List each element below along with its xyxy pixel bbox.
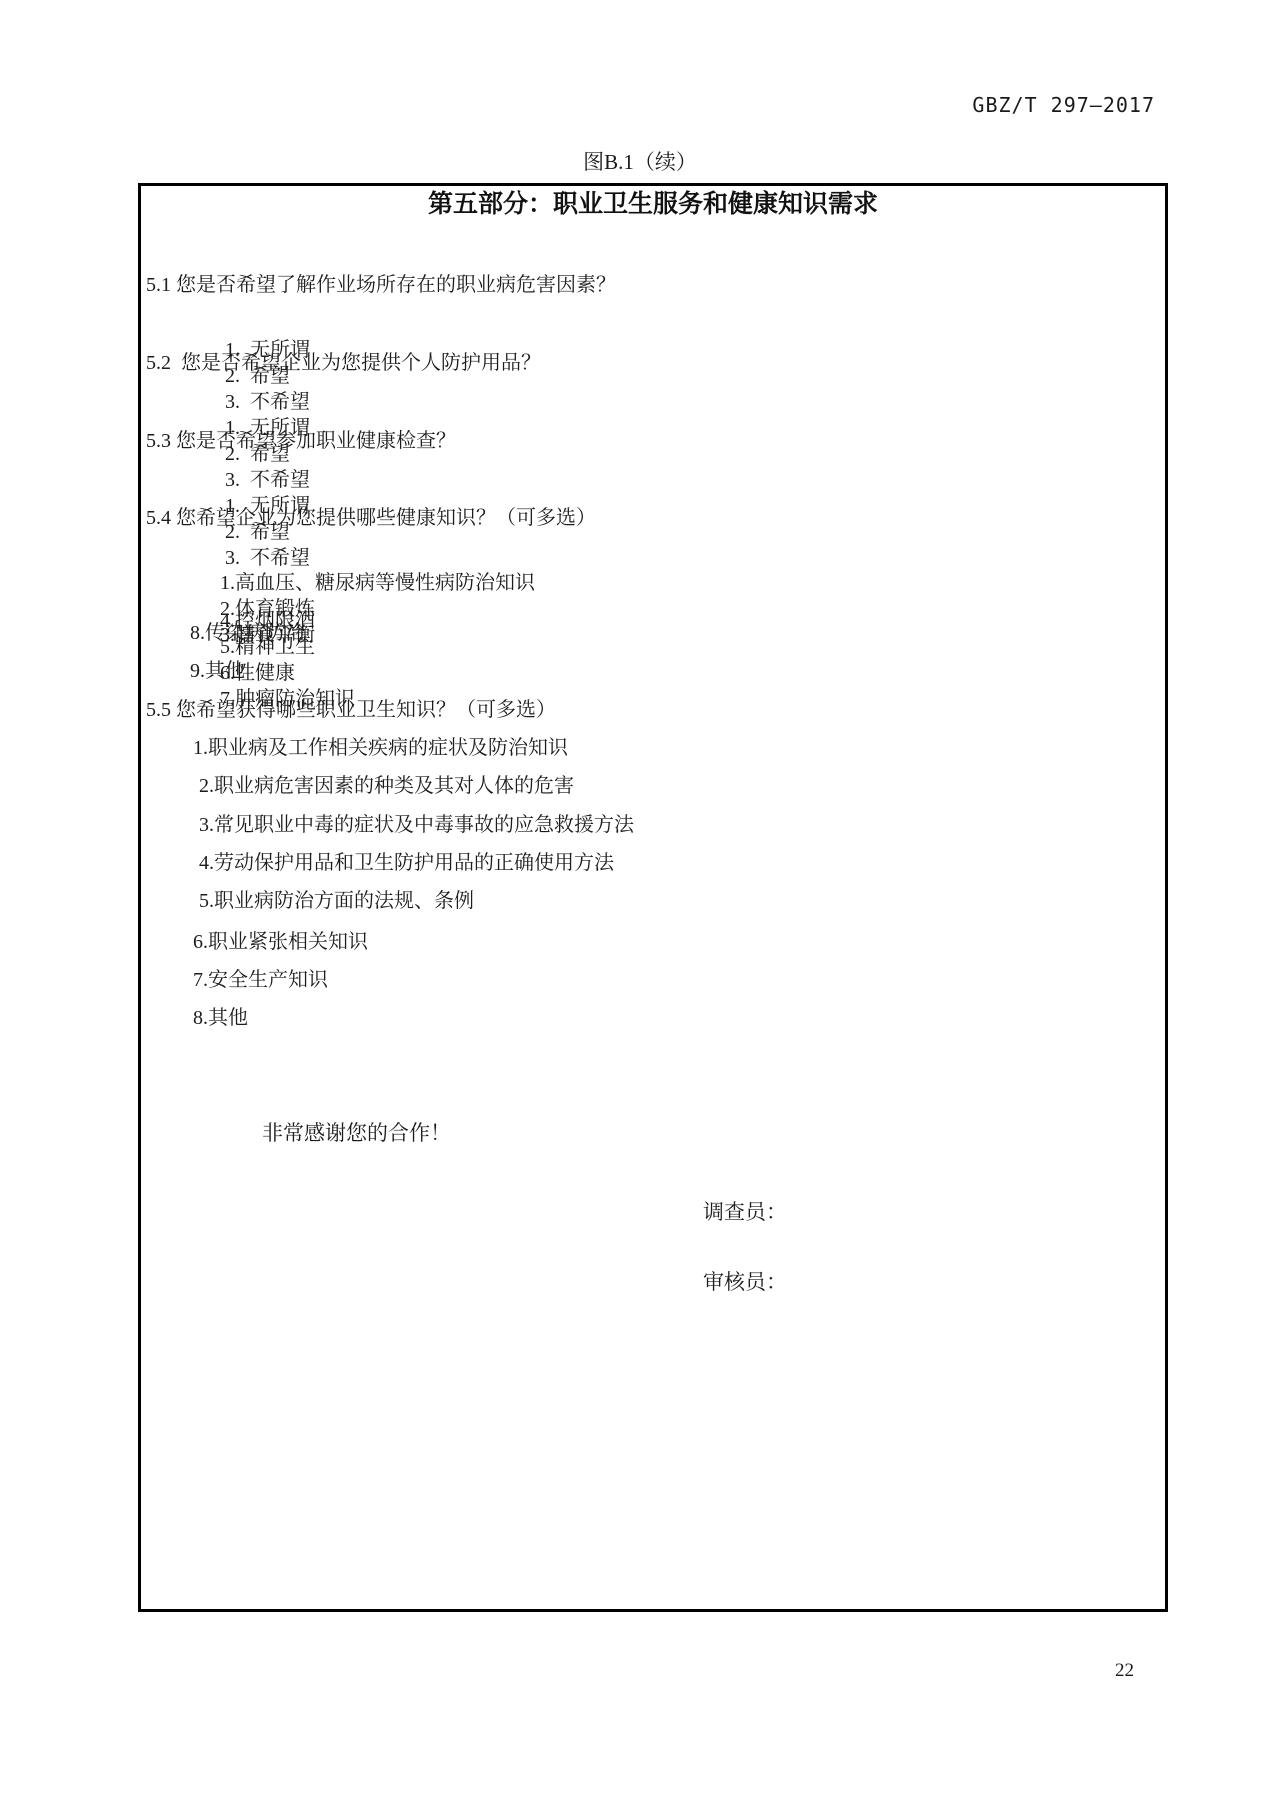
question-5-5-option-5: 5.职业病防治方面的法规、条例 — [199, 888, 474, 914]
question-5-5-option-7: 7.安全生产知识 — [193, 967, 328, 993]
document-page: GBZ/T 297—2017 图B.1（续） 第五部分：职业卫生服务和健康知识需… — [0, 0, 1280, 1810]
question-5-4-option-9: 9.其他 — [190, 658, 245, 684]
question-5-5-option-4: 4.劳动保护用品和卫生防护用品的正确使用方法 — [199, 850, 614, 876]
question-5-5-option-6: 6.职业紧张相关知识 — [193, 929, 368, 955]
question-5-5-option-8: 8.其他 — [193, 1005, 248, 1031]
investigator-label: 调查员： — [703, 1199, 787, 1225]
question-5-5: 5.5 您希望获得哪些职业卫生知识？（可多选） — [146, 697, 556, 723]
reviewer-label: 审核员： — [703, 1269, 787, 1295]
figure-caption: 图B.1（续） — [0, 146, 1280, 176]
thanks-note: 非常感谢您的合作！ — [262, 1120, 451, 1146]
standard-code: GBZ/T 297—2017 — [972, 93, 1155, 117]
question-5-1: 5.1 您是否希望了解作业场所存在的职业病危害因素？ — [146, 272, 616, 298]
question-5-2: 5.2 您是否希望企业为您提供个人防护用品？ — [146, 350, 541, 376]
form-section-title: 第五部分：职业卫生服务和健康知识需求 — [141, 190, 1165, 220]
question-5-5-option-2: 2.职业病危害因素的种类及其对人体的危害 — [199, 773, 574, 799]
question-5-4: 5.4 您希望企业为您提供哪些健康知识？（可多选） — [146, 505, 596, 531]
questionnaire-box: 第五部分：职业卫生服务和健康知识需求 5.1 您是否希望了解作业场所存在的职业病… — [138, 183, 1168, 1612]
page-number: 22 — [1115, 1660, 1134, 1682]
question-5-5-option-3: 3.常见职业中毒的症状及中毒事故的应急救援方法 — [199, 812, 634, 838]
question-5-3: 5.3 您是否希望参加职业健康检查？ — [146, 428, 456, 454]
question-5-5-option-1: 1.职业病及工作相关疾病的症状及防治知识 — [193, 735, 568, 761]
question-5-4-option-8: 8.传染病防治 — [190, 620, 305, 646]
